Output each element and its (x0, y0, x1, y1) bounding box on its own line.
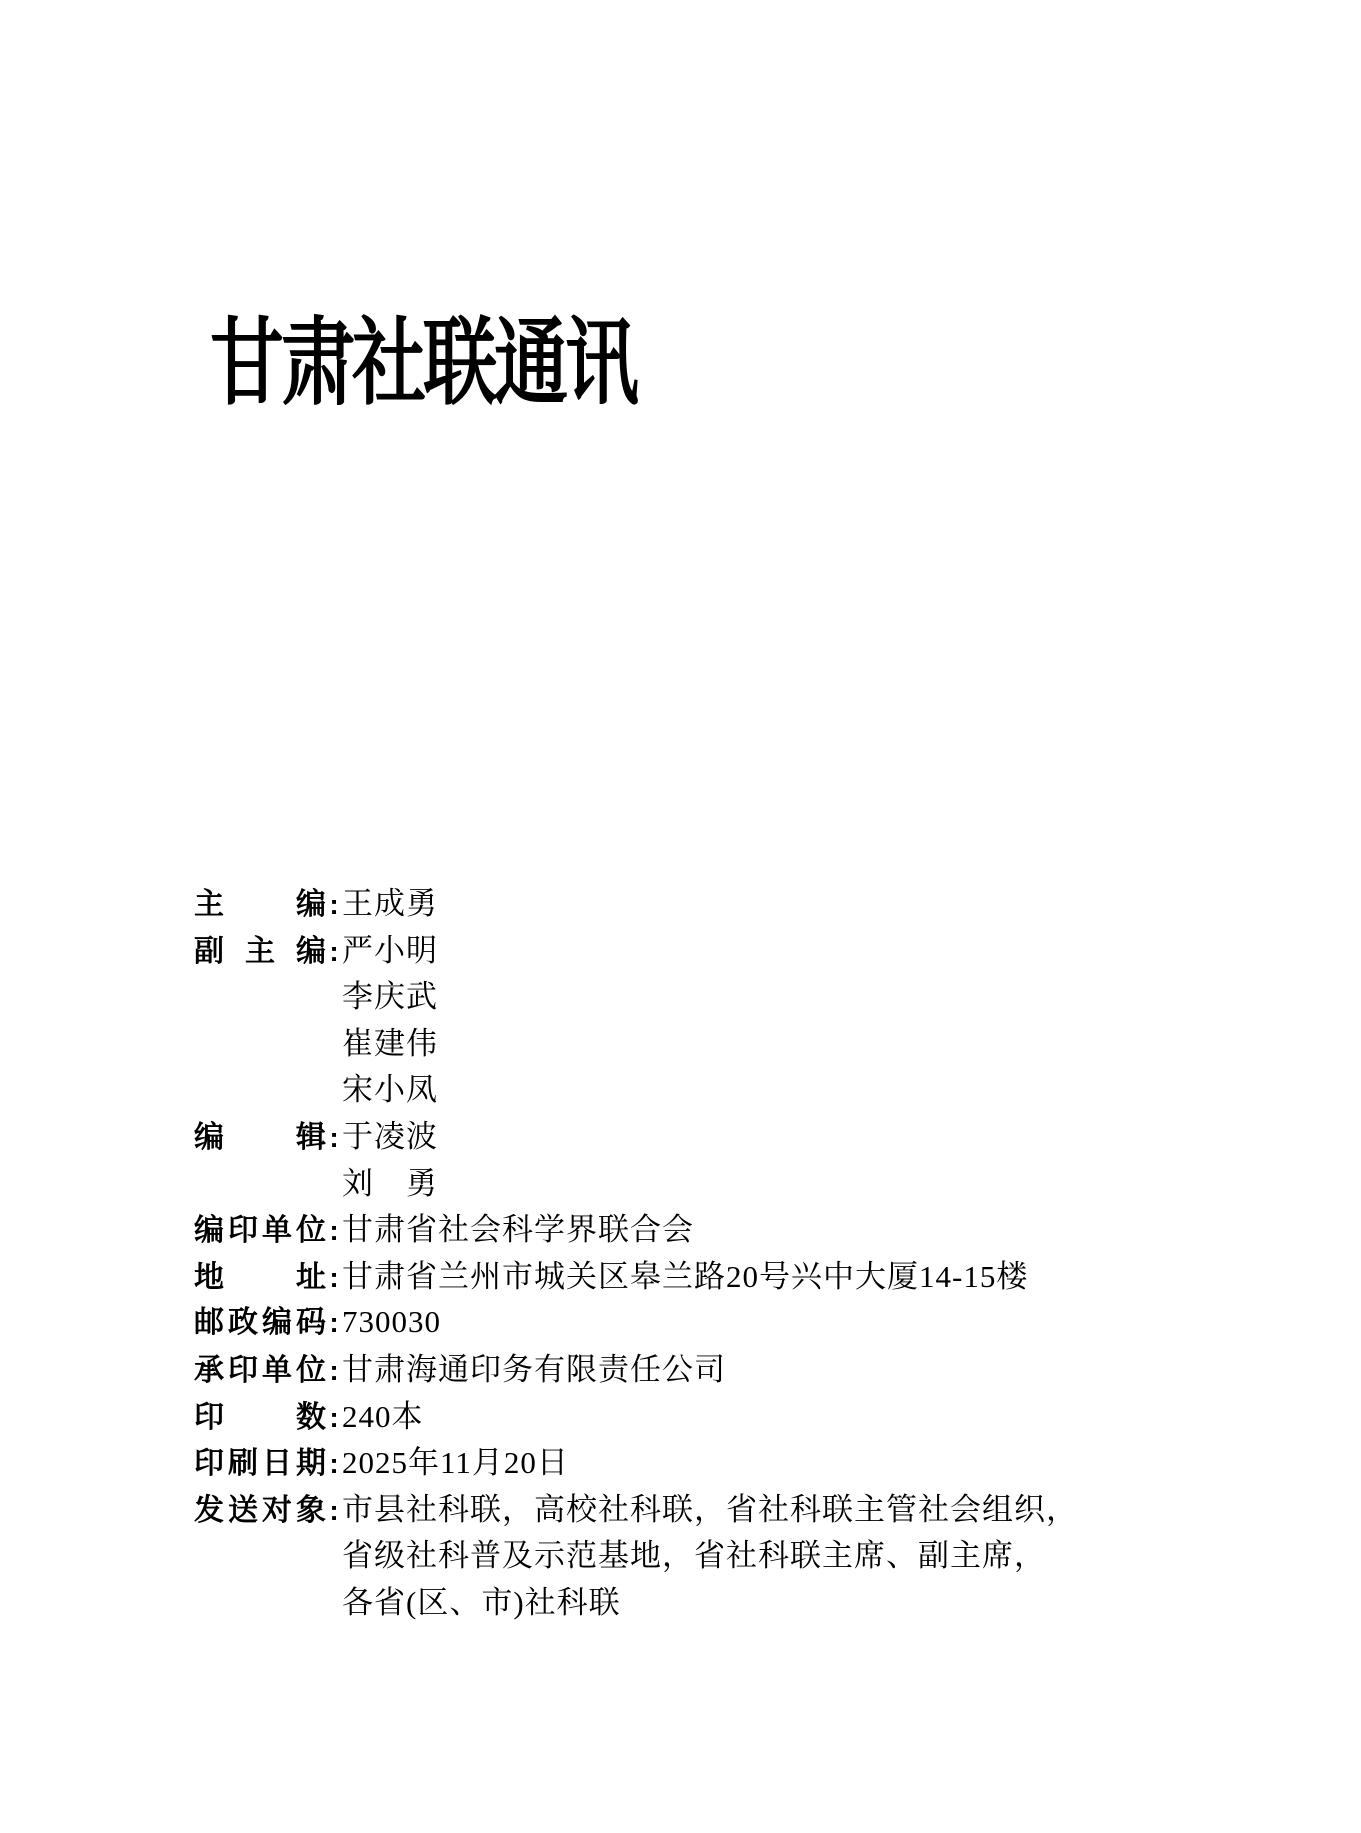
colophon-row-editor-cont: 刘 勇 (194, 1158, 1078, 1205)
colophon-row-distribution-cont: 省级社科普及示范基地，省社科联主席、副主席， (194, 1530, 1078, 1577)
colophon-row-print-date: 印刷日期 : 2025年11月20日 (194, 1437, 1078, 1484)
colophon-label: 印数 (194, 1392, 326, 1436)
colophon-value: 于凌波 (342, 1111, 438, 1156)
colophon: 主编 : 王成勇 副主编 : 严小明 李庆武 崔建伟 宋小凤 编辑 : 于 (194, 878, 1078, 1624)
colophon-label: 编印单位 (194, 1205, 326, 1249)
colophon-value: 严小明 (342, 925, 438, 970)
colophon-colon: : (326, 1262, 342, 1294)
colophon-colon: : (326, 1215, 342, 1247)
colophon-row-chief-editor: 主编 : 王成勇 (194, 878, 1078, 925)
colophon-value: 2025年11月20日 (342, 1437, 569, 1482)
colophon-value: 王成勇 (342, 878, 438, 923)
colophon-row-print-run: 印数 : 240本 (194, 1391, 1078, 1438)
colophon-colon: : (326, 936, 342, 968)
publication-title: 甘肃社联通讯 (210, 316, 636, 411)
colophon-value: 市县社科联，高校社科联，省社科联主管社会组织， (342, 1484, 1078, 1529)
colophon-row-printer: 承印单位 : 甘肃海通印务有限责任公司 (194, 1344, 1078, 1391)
colophon-row-distribution-cont: 各省(区、市)社科联 (194, 1577, 1078, 1624)
colophon-colon: : (326, 1355, 342, 1387)
colophon-colon: : (326, 1122, 342, 1154)
colophon-row-deputy-editor-cont: 李庆武 (194, 971, 1078, 1018)
colophon-label: 承印单位 (194, 1345, 326, 1389)
colophon-colon: : (326, 1402, 342, 1434)
colophon-value: 甘肃省社会科学界联合会 (342, 1204, 694, 1249)
colophon-value: 各省(区、市)社科联 (342, 1577, 621, 1622)
colophon-colon: : (326, 1448, 342, 1480)
colophon-row-deputy-editor-cont: 宋小凤 (194, 1064, 1078, 1111)
colophon-value: 崔建伟 (342, 1018, 438, 1063)
colophon-label: 编辑 (194, 1112, 326, 1156)
colophon-value: 李庆武 (342, 971, 438, 1016)
colophon-value: 宋小凤 (342, 1064, 438, 1109)
colophon-label: 发送对象 (194, 1485, 326, 1529)
colophon-row-deputy-editor-cont: 崔建伟 (194, 1018, 1078, 1065)
colophon-label: 主编 (194, 879, 326, 923)
colophon-label: 印刷日期 (194, 1438, 326, 1482)
colophon-value: 730030 (342, 1304, 441, 1340)
colophon-value: 240本 (342, 1391, 424, 1436)
colophon-row-distribution: 发送对象 : 市县社科联，高校社科联，省社科联主管社会组织， (194, 1484, 1078, 1531)
colophon-row-deputy-editor: 副主编 : 严小明 (194, 925, 1078, 972)
colophon-value: 刘 勇 (342, 1158, 438, 1203)
colophon-colon: : (326, 889, 342, 921)
colophon-row-publisher: 编印单位 : 甘肃省社会科学界联合会 (194, 1204, 1078, 1251)
colophon-value: 甘肃省兰州市城关区皋兰路20号兴中大厦14-15楼 (342, 1251, 1028, 1296)
colophon-value: 省级社科普及示范基地，省社科联主席、副主席， (342, 1530, 1046, 1575)
colophon-page: 甘肃社联通讯 主编 : 王成勇 副主编 : 严小明 李庆武 崔建伟 宋小凤 (0, 0, 1361, 1833)
colophon-label: 地址 (194, 1252, 326, 1296)
colophon-label: 邮政编码 (194, 1297, 326, 1341)
colophon-colon: : (326, 1307, 342, 1339)
colophon-row-editor: 编辑 : 于凌波 (194, 1111, 1078, 1158)
colophon-row-postal-code: 邮政编码 : 730030 (194, 1297, 1078, 1344)
colophon-value: 甘肃海通印务有限责任公司 (342, 1344, 726, 1389)
colophon-colon: : (326, 1495, 342, 1527)
colophon-row-address: 地址 : 甘肃省兰州市城关区皋兰路20号兴中大厦14-15楼 (194, 1251, 1078, 1298)
colophon-label: 副主编 (194, 926, 326, 970)
